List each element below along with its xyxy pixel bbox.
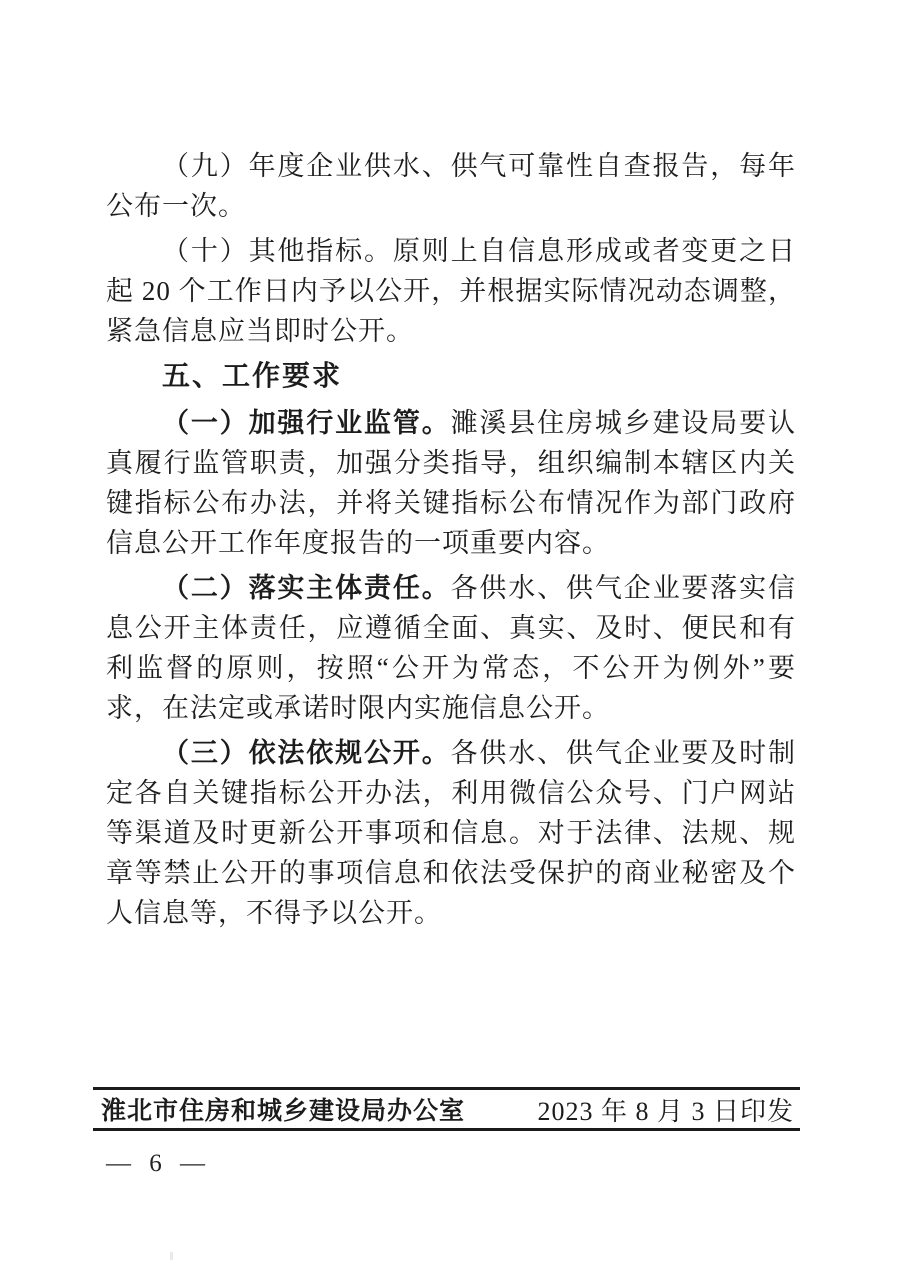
colophon-footer: 淮北市住房和城乡建设局办公室 2023 年 8 月 3 日印发 [93,1087,800,1131]
paragraph-requirement-1-lead: （一）加强行业监管。 [162,408,451,438]
footer-issuing-office: 淮北市住房和城乡建设局办公室 [93,1091,465,1127]
paragraph-requirement-2: （二）落实主体责任。各供水、供气企业要落实信息公开主体责任，应遵循全面、真实、及… [106,568,796,728]
footer-print-date: 2023 年 8 月 3 日印发 [537,1091,800,1128]
paragraph-item-9-text: （九）年度企业供水、供气可靠性自查报告，每年公布一次。 [106,151,796,221]
paragraph-requirement-2-lead: （二）落实主体责任。 [162,573,451,603]
paragraph-requirement-1: （一）加强行业监管。濉溪县住房城乡建设局要认真履行监管职责，加强分类指导，组织编… [106,403,796,563]
paragraph-item-10-text: （十）其他指标。原则上自信息形成或者变更之日起 20 个工作日内予以公开，并根据… [106,236,796,346]
document-page: （九）年度企业供水、供气可靠性自查报告，每年公布一次。 （十）其他指标。原则上自… [0,0,900,1271]
scan-artifact [170,1252,173,1260]
paragraph-requirement-3: （三）依法依规公开。各供水、供气企业要及时制定各自关键指标公开办法，利用微信公众… [106,733,796,933]
section-heading-work-requirements: 五、工作要求 [106,356,796,396]
paragraph-item-9: （九）年度企业供水、供气可靠性自查报告，每年公布一次。 [106,146,796,226]
paragraph-item-10: （十）其他指标。原则上自信息形成或者变更之日起 20 个工作日内予以公开，并根据… [106,231,796,351]
paragraph-requirement-3-lead: （三）依法依规公开。 [162,738,451,768]
page-number: — 6 — [106,1150,211,1178]
document-body: （九）年度企业供水、供气可靠性自查报告，每年公布一次。 （十）其他指标。原则上自… [106,146,796,938]
